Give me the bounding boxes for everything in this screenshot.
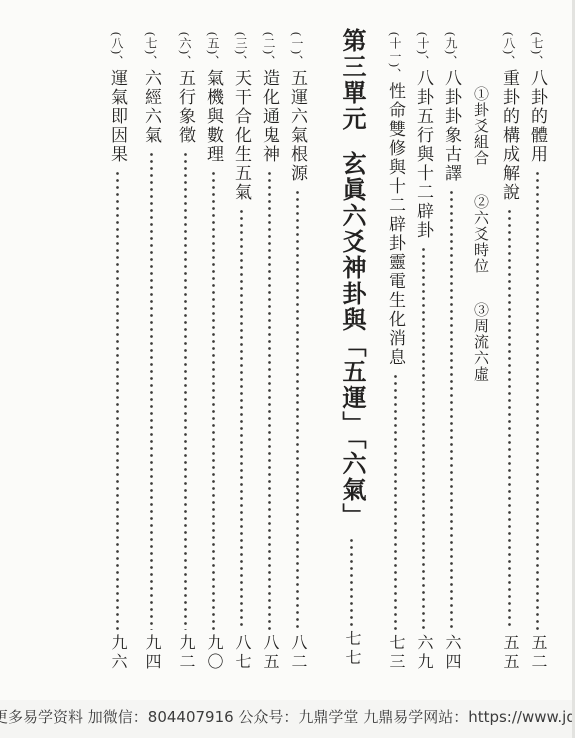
dot-leader [441,189,461,630]
entry-number: (九)、 [441,32,461,68]
dot-leader [499,208,519,630]
sub-item-3: ③周流六虛 [469,302,491,382]
entry-page-number: 九二 [175,634,195,672]
entry-page-number: 八二 [287,634,307,672]
unit-label: 第三單元 [336,28,366,132]
entry-number: (二)、 [259,32,279,68]
entry-number: (十一)、 [385,32,405,81]
entry-page-number: 七三 [385,634,405,672]
toc-entry-5-left: (五)、 氣機與數理 九〇 [203,32,223,672]
entry-page-number: 九六 [107,634,127,672]
toc-entry-2-left: (二)、 造化通鬼神 八五 [259,32,279,672]
entry-page-number: 五二 [527,634,547,672]
entry-number: (八)、 [107,32,127,68]
entry-number: (八)、 [499,32,519,68]
entry-title: 天干合化生五氣 [231,69,251,202]
entry-title: 造化通鬼神 [259,69,279,164]
entry-title: 運氣即因果 [107,69,127,164]
dot-leader [413,246,433,630]
entry-number: (七)、 [141,32,161,68]
entry-number: (六)、 [175,32,195,68]
entry-page-number: 九〇 [203,634,223,672]
toc-entry-8-right: (八)、 重卦的構成解說 五五 [499,32,519,672]
entry-title: 八卦的體用 [527,69,547,164]
entry-title: 八卦卦象古譯 [441,69,461,183]
entry-number: (十)、 [413,32,433,68]
dot-leader [175,151,195,630]
entry-title: 五行象徵 [175,69,195,145]
entry-title: 性命雙修與十二辟卦靈電生化消息 [385,82,405,367]
unit-page-number: 七七 [336,630,366,668]
sub-item-2: ②六爻時位 [469,194,491,274]
unit-title-column: 第三單元 玄眞六爻神卦與「五運」「六氣」 七七 [325,28,377,668]
toc-entry-3-left: (三)、 天干合化生五氣 八七 [231,32,251,672]
entry-title: 八卦五行與十二辟卦 [413,69,433,240]
entry-title: 五運六氣根源 [287,69,307,183]
dot-leader [527,170,547,630]
dot-leader [231,208,251,630]
toc-entry-10-right: (十)、 八卦五行與十二辟卦 六九 [413,32,433,672]
entry-page-number: 八五 [259,634,279,672]
dot-leader [203,170,223,630]
scanned-toc-page: (七)、 八卦的體用 五二 (八)、 重卦的構成解說 五五 ①卦爻組合 ②六爻時… [0,0,575,738]
entry-number: (七)、 [527,32,547,68]
dot-leader [287,189,307,630]
dot-leader [141,151,161,630]
entry-page-number: 六九 [413,634,433,672]
toc-columns: (七)、 八卦的體用 五二 (八)、 重卦的構成解說 五五 ①卦爻組合 ②六爻時… [0,28,547,676]
unit-title-text: 玄眞六爻神卦與「五運」「六氣」 [336,151,366,529]
dot-leader [107,170,127,630]
sub-item-1: ①卦爻組合 [469,86,491,166]
entry-number: (三)、 [231,32,251,68]
dot-leader [259,170,279,630]
toc-sub-items: ①卦爻組合 ②六爻時位 ③周流六虛 [469,86,491,382]
toc-entry-11-right: (十一)、 性命雙修與十二辟卦靈電生化消息 七三 [385,32,405,672]
toc-entry-9-right: (九)、 八卦卦象古譯 六四 [441,32,461,672]
entry-number: (一)、 [287,32,307,68]
entry-page-number: 六四 [441,634,461,672]
watermark-footer: 更多易学资料 加微信：804407916 公众号：九鼎学堂 九鼎易学网站：htt… [0,700,575,738]
entry-title: 重卦的構成解說 [499,69,519,202]
dot-leader [385,373,405,630]
entry-page-number: 九四 [141,634,161,672]
toc-entry-7-left: (七)、 六經六氣 九四 [141,32,161,672]
toc-entry-8-left: (八)、 運氣即因果 九六 [107,32,127,672]
entry-number: (五)、 [203,32,223,68]
toc-entry-1-left: (一)、 五運六氣根源 八二 [287,32,307,672]
entry-page-number: 八七 [231,634,251,672]
entry-title: 六經六氣 [141,69,161,145]
entry-title: 氣機與數理 [203,69,223,164]
dot-leader [325,537,377,626]
toc-entry-7-right: (七)、 八卦的體用 五二 [527,32,547,672]
watermark-footer-text: 更多易学资料 加微信：804407916 公众号：九鼎学堂 九鼎易学网站：htt… [0,706,575,727]
toc-entry-6-left: (六)、 五行象徵 九二 [175,32,195,672]
entry-page-number: 五五 [499,634,519,672]
